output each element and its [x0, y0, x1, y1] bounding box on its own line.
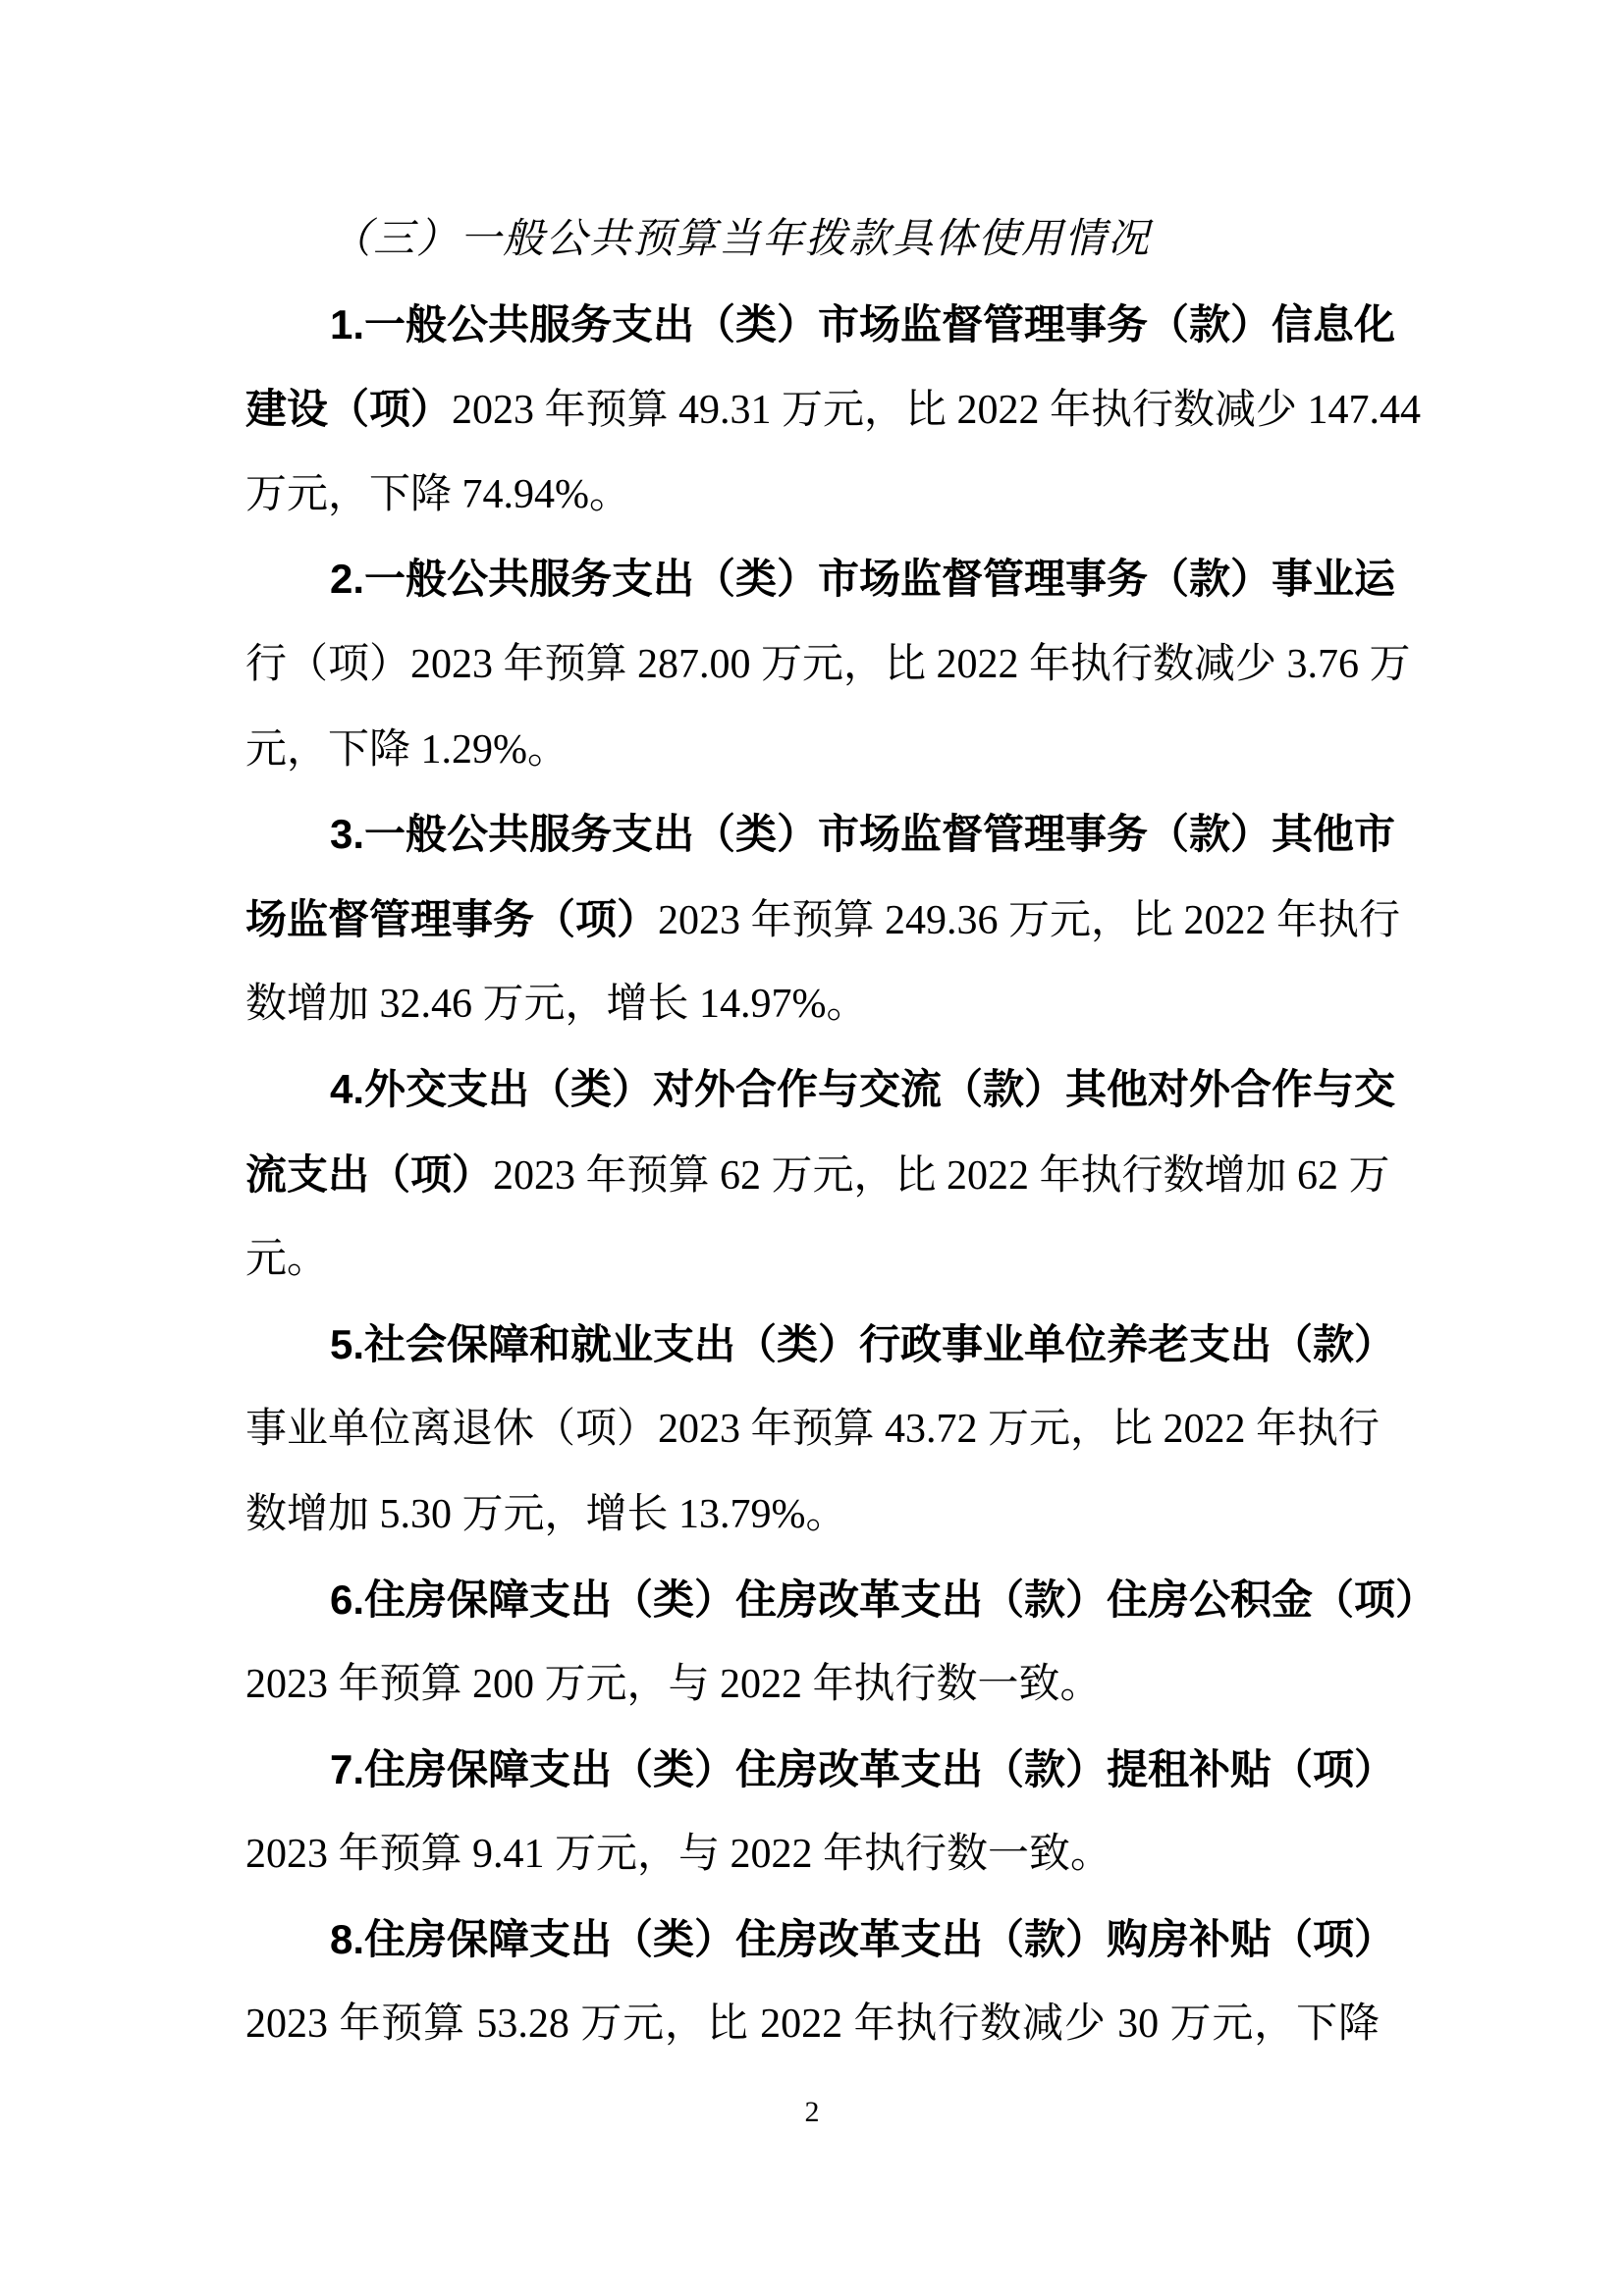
text-run: 数增加 5.30 万元，增长 13.79%。 [245, 1492, 847, 1537]
text-line: 8.住房保障支出（类）住房改革支出（款）购房补贴（项） [245, 1897, 1380, 1983]
text-line: 1.一般公共服务支出（类）市场监督管理事务（款）信息化 [245, 283, 1380, 368]
text-line: 2023 年预算 9.41 万元，与 2022 年执行数一致。 [245, 1812, 1380, 1897]
text-run: 2023 年预算 49.31 万元，比 2022 年执行数减少 147.44 [452, 388, 1421, 433]
text-run: 万元，下降 74.94%。 [245, 472, 630, 517]
bold-text-run: 3.一般公共服务支出（类）市场监督管理事务（款）其他市 [330, 811, 1395, 857]
bold-text-run: 2.一般公共服务支出（类）市场监督管理事务（款）事业运 [330, 556, 1395, 602]
text-run: 2023 年预算 53.28 万元，比 2022 年执行数减少 30 万元，下降 [245, 2002, 1380, 2047]
bold-text-run: 8.住房保障支出（类）住房改革支出（款）购房补贴（项） [330, 1916, 1395, 1962]
text-line: 事业单位离退休（项）2023 年预算 43.72 万元，比 2022 年执行 [245, 1387, 1380, 1472]
text-line: 2023 年预算 200 万元，与 2022 年执行数一致。 [245, 1642, 1380, 1728]
text-run: 元。 [245, 1237, 328, 1282]
text-line: 万元，下降 74.94%。 [245, 453, 1380, 538]
text-line: 元。 [245, 1217, 1380, 1303]
text-line: 2.一般公共服务支出（类）市场监督管理事务（款）事业运 [245, 537, 1380, 622]
text-line: 2023 年预算 53.28 万元，比 2022 年执行数减少 30 万元，下降 [245, 1982, 1380, 2067]
bold-text-run: 6.住房保障支出（类）住房改革支出（款）住房公积金（项） [330, 1576, 1436, 1623]
bold-text-run: 5.社会保障和就业支出（类）行政事业单位养老支出（款） [330, 1321, 1395, 1367]
document-page: （三）一般公共预算当年拨款具体使用情况1.一般公共服务支出（类）市场监督管理事务… [0, 0, 1624, 2296]
text-run: 2023 年预算 62 万元，比 2022 年执行数增加 62 万 [493, 1153, 1390, 1199]
text-run: 行（项）2023 年预算 287.00 万元，比 2022 年执行数减少 3.7… [245, 642, 1411, 687]
bold-text-run: 7.住房保障支出（类）住房改革支出（款）提租补贴（项） [330, 1746, 1395, 1792]
text-line: 建设（项）2023 年预算 49.31 万元，比 2022 年执行数减少 147… [245, 367, 1380, 453]
text-run: 事业单位离退休（项）2023 年预算 43.72 万元，比 2022 年执行 [245, 1407, 1380, 1452]
bold-text-run: 4.外交支出（类）对外合作与交流（款）其他对外合作与交 [330, 1066, 1395, 1112]
text-line: 数增加 5.30 万元，增长 13.79%。 [245, 1472, 1380, 1558]
bold-text-run: 1.一般公共服务支出（类）市场监督管理事务（款）信息化 [330, 301, 1395, 347]
text-line: 元，下降 1.29%。 [245, 708, 1380, 793]
text-line: 6.住房保障支出（类）住房改革支出（款）住房公积金（项） [245, 1558, 1380, 1643]
text-line: 4.外交支出（类）对外合作与交流（款）其他对外合作与交 [245, 1047, 1380, 1133]
text-run: 2023 年预算 9.41 万元，与 2022 年执行数一致。 [245, 1832, 1111, 1877]
bold-text-run: 场监督管理事务（项） [245, 896, 658, 942]
text-line: 7.住房保障支出（类）住房改革支出（款）提租补贴（项） [245, 1728, 1380, 1813]
text-line: 行（项）2023 年预算 287.00 万元，比 2022 年执行数减少 3.7… [245, 622, 1380, 708]
text-line: 场监督管理事务（项）2023 年预算 249.36 万元，比 2022 年执行 [245, 878, 1380, 963]
text-run: 元，下降 1.29%。 [245, 727, 568, 773]
text-line: 流支出（项）2023 年预算 62 万元，比 2022 年执行数增加 62 万 [245, 1133, 1380, 1218]
text-line: 5.社会保障和就业支出（类）行政事业单位养老支出（款） [245, 1303, 1380, 1388]
page-number: 2 [0, 2088, 1624, 2137]
text-line: 3.一般公共服务支出（类）市场监督管理事务（款）其他市 [245, 792, 1380, 878]
text-run: （三）一般公共预算当年拨款具体使用情况 [330, 217, 1151, 262]
document-body: （三）一般公共预算当年拨款具体使用情况1.一般公共服务支出（类）市场监督管理事务… [245, 197, 1380, 2067]
text-run: 2023 年预算 249.36 万元，比 2022 年执行 [658, 898, 1400, 943]
text-line: 数增加 32.46 万元，增长 14.97%。 [245, 962, 1380, 1047]
text-run: 2023 年预算 200 万元，与 2022 年执行数一致。 [245, 1662, 1102, 1707]
section-heading: （三）一般公共预算当年拨款具体使用情况 [245, 197, 1380, 283]
bold-text-run: 建设（项） [245, 386, 452, 432]
text-run: 数增加 32.46 万元，增长 14.97%。 [245, 982, 868, 1027]
bold-text-run: 流支出（项） [245, 1151, 493, 1198]
